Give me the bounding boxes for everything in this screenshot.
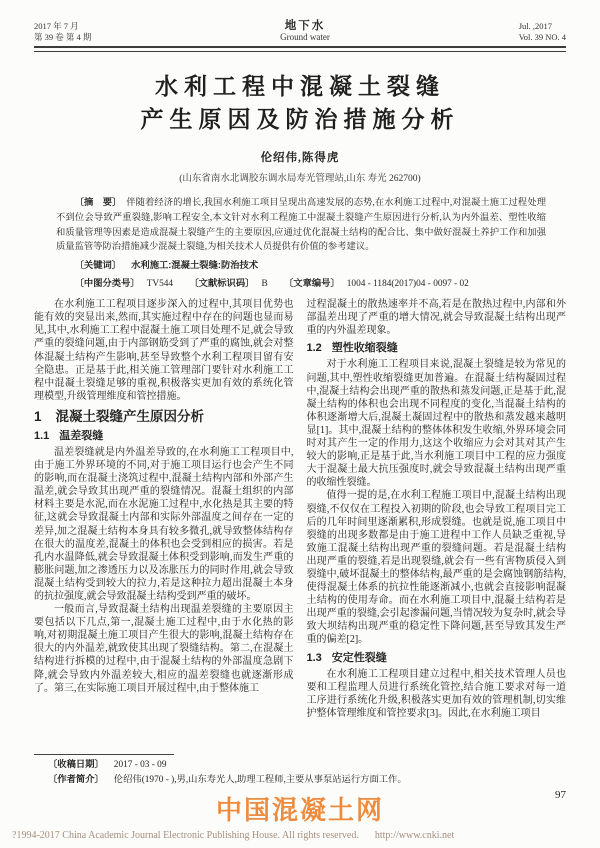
- right-column: 过程混凝土的散热速率并不高,若是在散热过程中,内部和外部温差出现了严重的增大情况…: [307, 298, 567, 750]
- cnki-url: http://www.cnki.net: [375, 830, 454, 841]
- article-title-line1: 水利工程中混凝土裂缝: [0, 70, 600, 103]
- journal-name-cn: 地下水: [280, 20, 330, 32]
- section-1-1-paragraph-1: 温差裂缝就是内外温差导致的,在水利施工工程项目中,由于施工外界环境的不同,对于施…: [34, 446, 294, 603]
- issue-volume-cn: 第 39 卷 第 4 期: [34, 32, 91, 43]
- section-1-2-paragraph-1: 对于水利施工工程项目来说,混凝土裂缝是较为常见的问题,其中,塑性收缩裂缝更加普遍…: [307, 358, 567, 489]
- clc-label: 〔中图分类号〕: [75, 278, 140, 288]
- article-id-label: 〔文章编号〕: [284, 278, 340, 288]
- received-date-line: 〔收稿日期〕2017 - 03 - 09: [34, 758, 566, 773]
- article-meta: 〔摘 要〕 伴随着经济的增长,我国水利施工项目呈现出高速发展的态势,在水利施工过…: [56, 195, 546, 289]
- affiliation: (山东省南水北调胶东调水局寿光管理站,山东 寿光 262700): [0, 170, 600, 184]
- copyright-text: ?1994-2017 China Academic Journal Electr…: [12, 830, 359, 841]
- section-1-3-heading: 1.3安定性裂缝: [307, 651, 567, 665]
- received-date-label: 〔收稿日期〕: [48, 759, 104, 769]
- article-id-value: 1004 - 1184(2017)04 - 0097 - 02: [347, 279, 469, 289]
- keywords-text: 水利施工:混凝土裂缝:防治技术: [131, 260, 258, 270]
- continuation-paragraph: 过程混凝土的散热速率并不高,若是在散热过程中,内部和外部温差出现了严重的增大情况…: [307, 298, 567, 337]
- header-divider: [34, 46, 566, 52]
- section-1-3-paragraph-1: 在水利施工工程项目建立过程中,相关技术管理人员也要和工程监理人员进行系统化管控,…: [307, 668, 567, 720]
- abstract-label: 〔摘 要〕: [75, 197, 117, 207]
- abstract-text: 伴随着经济的增长,我国水利施工项目呈现出高速发展的态势,在水利施工过程中,对混凝…: [56, 198, 546, 252]
- article-title-line2: 产生原因及防治措施分析: [0, 103, 600, 136]
- section-1-2-paragraph-2: 值得一提的是,在水利工程施工项目中,混凝土结构出现裂缝,不仅仅在工程投入初期的阶…: [307, 489, 567, 646]
- section-1-2-heading: 1.2塑性收缩裂缝: [307, 341, 567, 355]
- author-bio-line: 〔作者简介〕伦绍伟(1970 - ),男,山东寿光人,助理工程师,主要从事泵站运…: [34, 773, 566, 788]
- clc-value: TV544: [147, 279, 173, 289]
- section-1-title: 混凝土裂缝产生原因分析: [56, 409, 205, 424]
- watermark: 中国混凝土网: [0, 790, 600, 827]
- author-bio-label: 〔作者简介〕: [48, 774, 104, 784]
- journal-page: 2017 年 7 月 第 39 卷 第 4 期 地下水 Ground water…: [0, 0, 600, 848]
- section-1-1-heading: 1.1温差裂缝: [34, 429, 294, 443]
- issue-date-cn: 2017 年 7 月: [34, 21, 91, 32]
- intro-paragraph: 在水利施工工程项目逐步深入的过程中,其项目优势也能有效的突显出来,然而,其实施过…: [34, 298, 294, 403]
- issue-date-en: Jul. ,2017: [519, 21, 566, 32]
- footnote-divider: [34, 754, 174, 755]
- section-1-1-title: 温差裂缝: [59, 430, 103, 442]
- author-bio-text: 伦绍伟(1970 - ),男,山东寿光人,助理工程师,主要从事泵站运行方面工作。: [114, 775, 407, 785]
- keywords-label: 〔关键词〕: [75, 260, 122, 270]
- section-1-number: 1: [34, 409, 42, 424]
- received-date-value: 2017 - 03 - 09: [114, 760, 167, 770]
- footnote: 〔收稿日期〕2017 - 03 - 09 〔作者简介〕伦绍伟(1970 - ),…: [34, 754, 566, 787]
- section-1-1-paragraph-2: 一般而言,导致混凝土结构出现温差裂缝的主要原因主要包括以下几点,第一,混凝土施工…: [34, 603, 294, 695]
- abstract: 〔摘 要〕 伴随着经济的增长,我国水利施工项目呈现出高速发展的态势,在水利施工过…: [56, 195, 546, 255]
- section-1-2-title: 塑性收缩裂缝: [332, 342, 398, 354]
- body-columns: 在水利施工工程项目逐步深入的过程中,其项目优势也能有效的突显出来,然而,其实施过…: [34, 298, 566, 750]
- authors: 伦绍伟,陈得虎: [0, 149, 600, 165]
- doc-code-label: 〔文献标识码〕: [189, 278, 254, 288]
- doc-code-value: B: [261, 279, 267, 289]
- copyright-line: ?1994-2017 China Academic Journal Electr…: [12, 830, 454, 841]
- section-1-3-number: 1.3: [307, 652, 322, 664]
- section-1-3-title: 安定性裂缝: [332, 652, 387, 664]
- left-column: 在水利施工工程项目逐步深入的过程中,其项目优势也能有效的突显出来,然而,其实施过…: [34, 298, 294, 750]
- journal-name: 地下水 Ground water: [280, 20, 330, 43]
- classification-line: 〔中图分类号〕TV544 〔文献标识码〕B 〔文章编号〕1004 - 1184(…: [56, 275, 546, 289]
- issue-volume-en: Vol. 39 NO. 4: [519, 32, 566, 43]
- keywords-line: 〔关键词〕水利施工:混凝土裂缝:防治技术: [56, 257, 546, 271]
- issue-info-en: Jul. ,2017 Vol. 39 NO. 4: [519, 21, 566, 43]
- section-1-2-number: 1.2: [307, 342, 322, 354]
- issue-info-cn: 2017 年 7 月 第 39 卷 第 4 期: [34, 21, 91, 43]
- journal-header: 2017 年 7 月 第 39 卷 第 4 期 地下水 Ground water…: [34, 20, 566, 43]
- section-1-1-number: 1.1: [34, 430, 49, 442]
- journal-name-en: Ground water: [280, 32, 330, 43]
- section-1-heading: 1混凝土裂缝产生原因分析: [34, 409, 294, 425]
